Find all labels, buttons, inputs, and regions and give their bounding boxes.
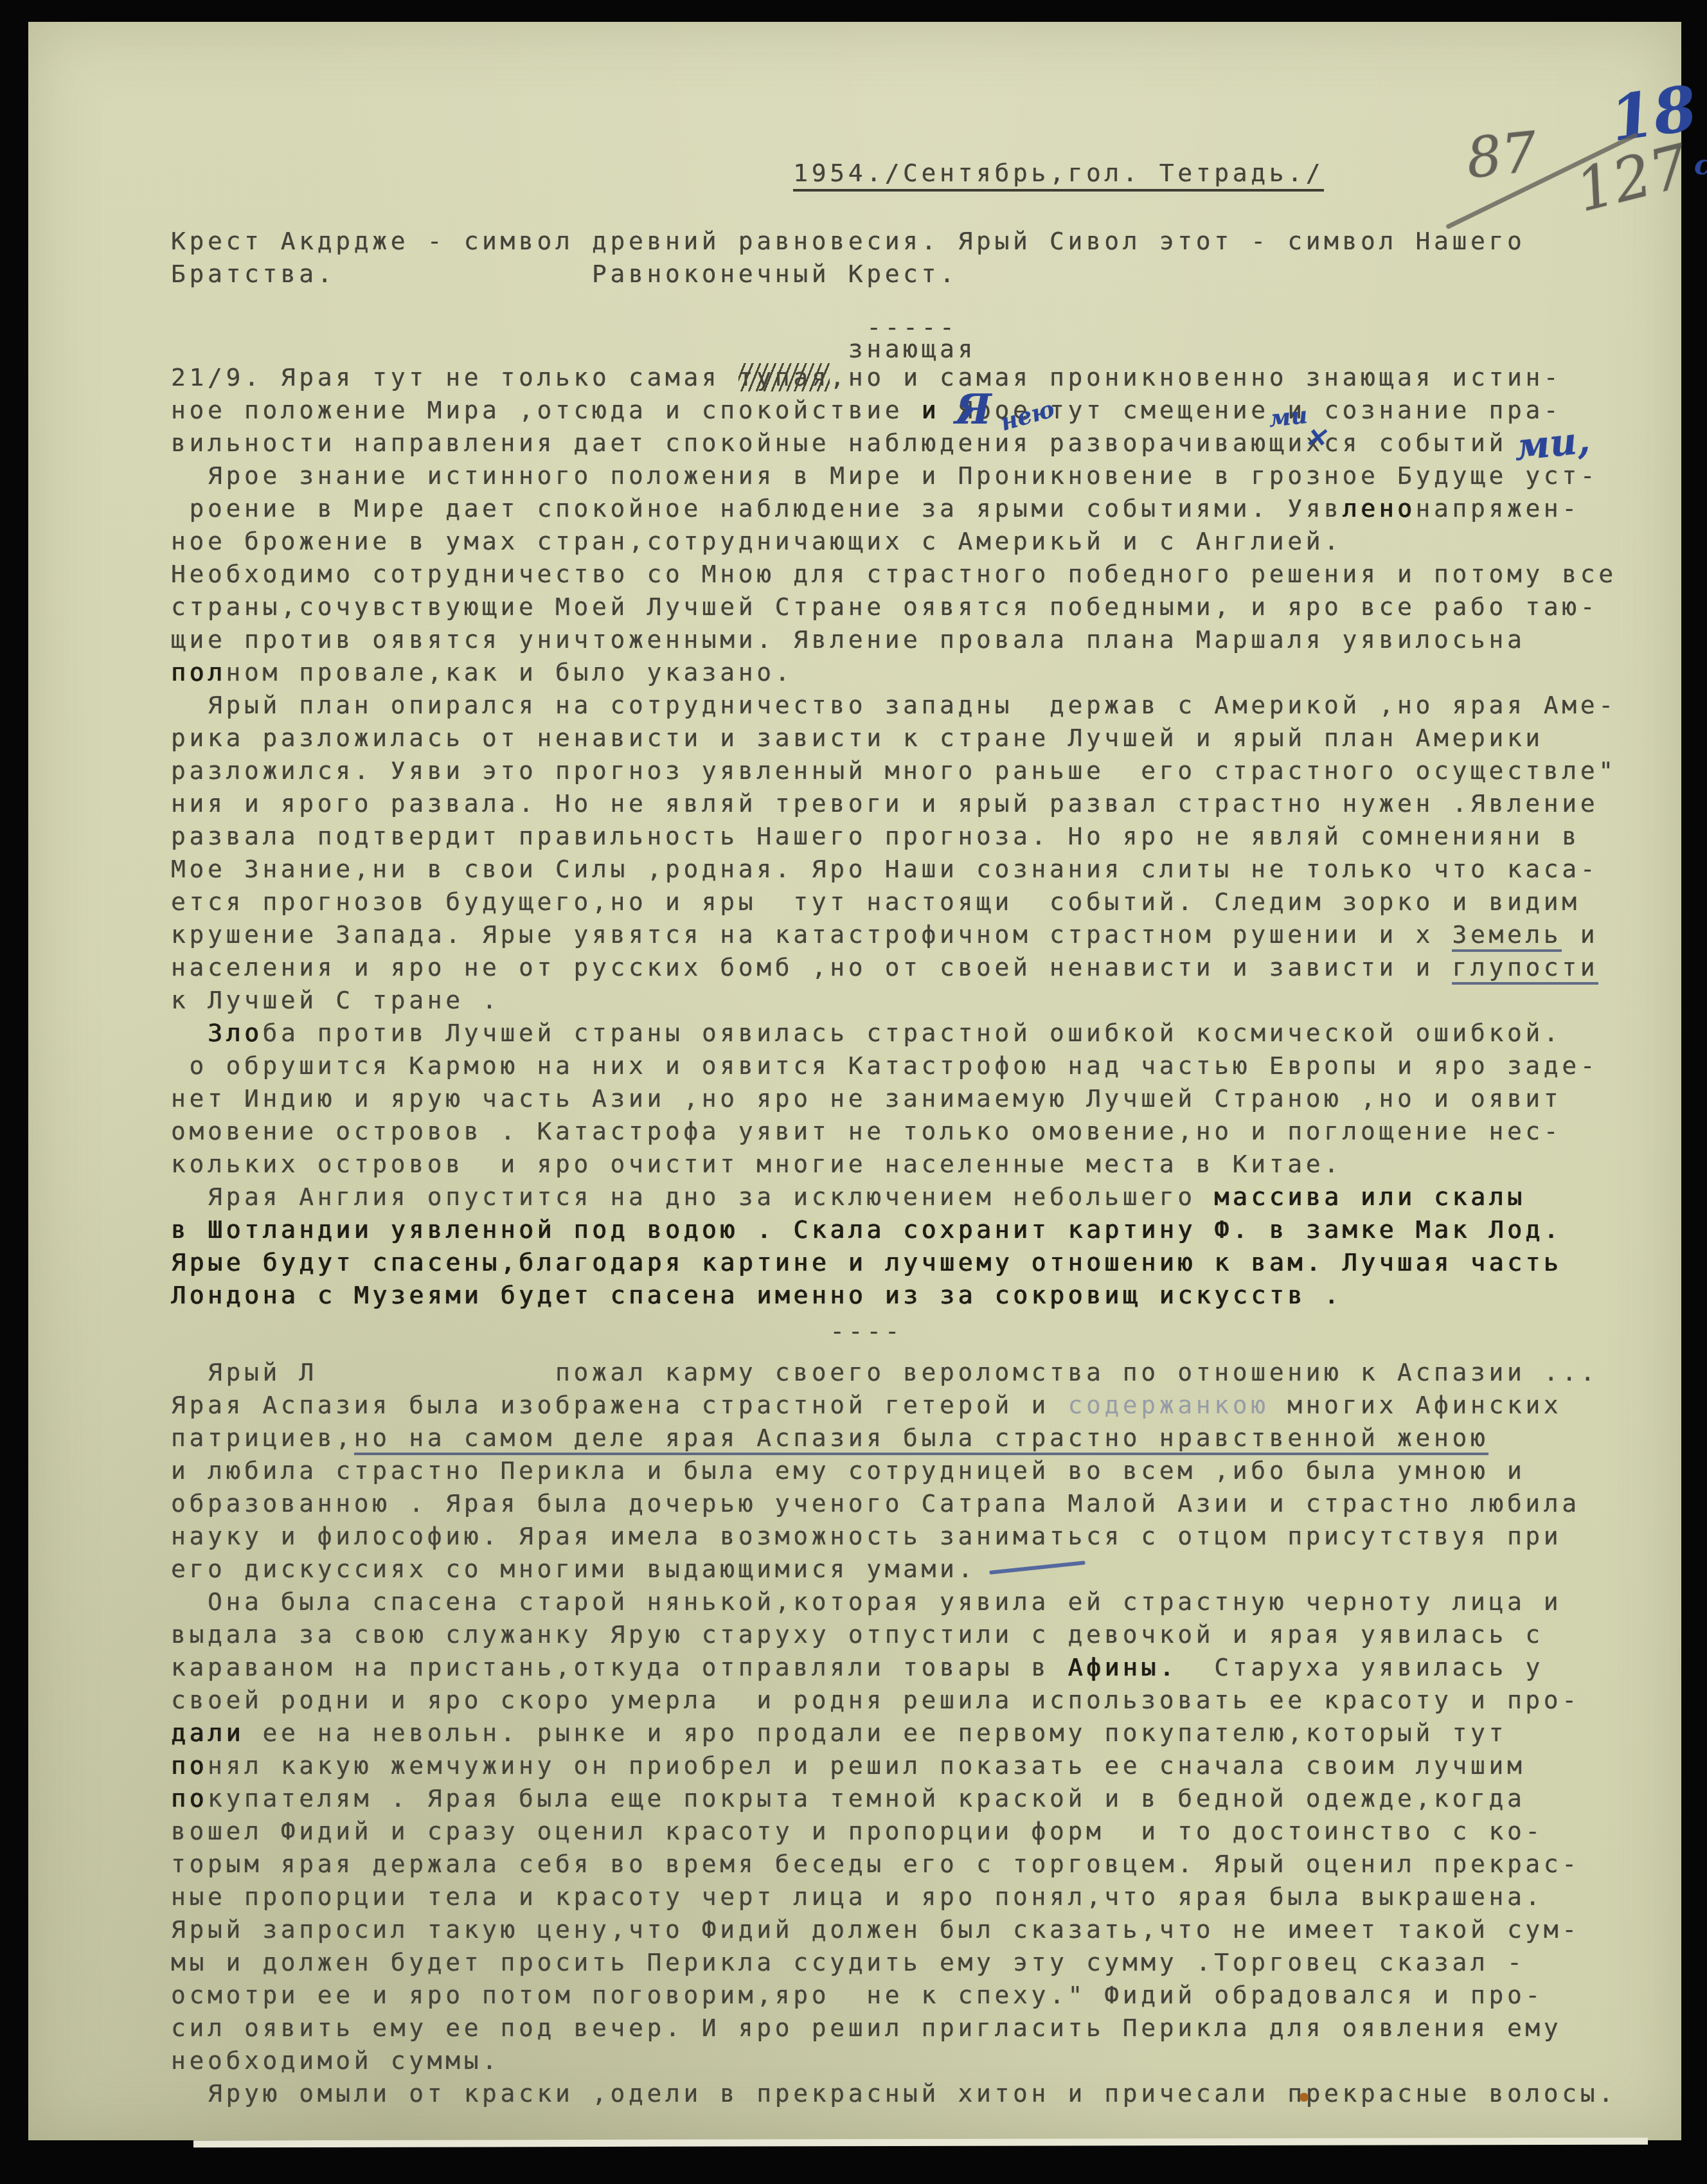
text-segment: щие против оявятся уничтоженными. Явлени… (171, 625, 1525, 654)
text-segment: сил оявить ему ее под вечер. И яро решил… (171, 2014, 1562, 2042)
text-segment: Старуха уявилась у (1177, 1653, 1544, 1681)
text-line: мы и должен будет просить Перикла ссудит… (171, 1946, 1617, 1979)
text-line: покупателям . Ярая была еще покрыта темн… (171, 1782, 1617, 1815)
text-segment: 21/9. Ярая тут не только самая (171, 363, 738, 391)
text-segment: выдала за свою служанку Ярую старуху отп… (171, 1620, 1544, 1649)
text-line: Необходимо сотрудничество со Мною для ст… (171, 558, 1617, 591)
text-line: ---- (171, 1315, 903, 1348)
text-line: сил оявить ему ее под вечер. И яро решил… (171, 2012, 1617, 2045)
text-line: Ярый Л пожал карму своего вероломства по… (171, 1356, 1617, 1389)
text-segment: лено (1343, 494, 1416, 523)
text-segment: разложился. Уяви это прогноз уявленный м… (171, 756, 1617, 785)
text-segment: Ярый запросил такую цену,что Фидий долже… (171, 1915, 1580, 1944)
text-segment: по (171, 1751, 208, 1780)
text-line: развала подтвердит правильность Нашего п… (171, 820, 1617, 853)
text-segment: ее на невольн. рынке и яро продали ее пе… (244, 1719, 1507, 1747)
text-line: Ярое знание истинного положения в Мире и… (171, 460, 1617, 492)
text-line: щие против оявятся уничтоженными. Явлени… (171, 623, 1617, 656)
aspasia-story: Ярый Л пожал карму своего вероломства по… (171, 1356, 1617, 2110)
text-line: разложился. Уяви это прогноз уявленный м… (171, 755, 1617, 787)
text-segment: пол (171, 658, 226, 686)
text-segment: и любила страстно Перикла и была ему сот… (171, 1456, 1525, 1485)
text-segment: ,но и самая проникновенно знающая истин- (830, 363, 1562, 391)
text-segment: 1954./Сентябрь,гол. Тетрадь./ (793, 159, 1324, 192)
text-segment: Она была спасена старой нянькой,которая … (171, 1588, 1562, 1616)
text-line: образованною . Ярая была дочерью ученого… (171, 1487, 1617, 1520)
text-line: страны,сочувствующие Моей Лучшей Стране … (171, 591, 1617, 623)
ink-x-strike: ✕ (1305, 423, 1327, 453)
text-segment: массива или скалы (1214, 1183, 1525, 1211)
text-segment: роение в Мире дает спокойное наблюдение … (171, 494, 1343, 523)
text-line: дали ее на невольн. рынке и яро продали … (171, 1717, 1617, 1750)
text-segment: Ярое знание истинного положения в Мире и… (171, 461, 1598, 490)
text-line: к Лучшей С тране . (171, 984, 1617, 1017)
text-segment: патрициев, (171, 1424, 354, 1452)
text-segment: крушение Запада. Ярые уявятся на катастр… (171, 920, 1452, 949)
text-line: и любила страстно Перикла и была ему сот… (171, 1455, 1617, 1487)
text-segment (171, 159, 793, 187)
text-segment: Ярая Англия опустится на дно за исключен… (171, 1183, 1214, 1211)
text-segment: но на самом деле ярая Аспазия была страс… (354, 1424, 1489, 1455)
text-line: омовение островов . Катастрофа уявит не … (171, 1115, 1617, 1148)
text-segment: страны,сочувствующие Моей Лучшей Стране … (171, 593, 1598, 621)
text-line: вошел Фидий и сразу оценил красоту и про… (171, 1815, 1617, 1848)
text-segment: Земель (1452, 920, 1562, 952)
text-segment: омовение островов . Катастрофа уявит не … (171, 1117, 1562, 1145)
text-segment: ния и ярого развала. Но не являй тревоги… (171, 789, 1598, 818)
text-line: 1954./Сентябрь,гол. Тетрадь./ (171, 157, 1324, 190)
ink-page-number-suffix: с (1694, 149, 1707, 181)
text-segment: Зло (208, 1019, 262, 1047)
scan-background: { "meta": { "kind": "typewritten-diary-p… (0, 0, 1707, 2184)
text-segment: по (171, 1784, 208, 1813)
ink-insert-mi: ми (1267, 402, 1309, 433)
typescript-text: 1954./Сентябрь,гол. Тетрадь./Крест Акдрд… (28, 22, 1681, 2140)
text-segment: рика разложилась от ненависти и зависти … (171, 724, 1544, 752)
text-segment: ные пропорции тела и красоту черт лица и… (171, 1883, 1544, 1911)
text-line: Мое Знание,ни в свои Силы ,родная. Яро Н… (171, 853, 1617, 886)
text-line: рика разложилась от ненависти и зависти … (171, 722, 1617, 755)
text-segment: Афины. (1068, 1653, 1177, 1681)
text-line: роение в Мире дает спокойное наблюдение … (171, 492, 1617, 525)
text-segment: необходимой суммы. (171, 2046, 501, 2075)
text-line: полном провале,как и было указано. (171, 656, 1617, 689)
text-segment: его дискуссиях со многими выдающимися ум… (171, 1555, 976, 1583)
text-segment: тупая (738, 363, 830, 391)
text-segment: Необходимо сотрудничество со Мною для ст… (171, 560, 1617, 588)
text-line: Ярые будут спасены,благодаря картине и л… (171, 1246, 1617, 1279)
text-segment: ется прогнозов будущего,но и яры тут нас… (171, 888, 1580, 916)
text-segment: ба против Лучшей страны оявилась страстн… (262, 1019, 1562, 1047)
text-line: Ярый план опирался на сотрудничество зап… (171, 689, 1617, 722)
text-segment: дали (171, 1719, 244, 1747)
text-segment: развала подтвердит правильность Нашего п… (171, 822, 1580, 850)
ink-correction-ya: Я (955, 386, 991, 434)
text-line: населения и яро не от русских бомб ,но о… (171, 951, 1617, 984)
text-segment: Ярую омыли от краски ,одели в прекрасный… (171, 2079, 1617, 2108)
text-line: его дискуссиях со многими выдающимися ум… (171, 1553, 1617, 1586)
text-line: ется прогнозов будущего,но и яры тут нас… (171, 886, 1617, 918)
epigraph: Крест Акдрдже - символ древний равновеси… (171, 225, 1525, 291)
text-segment: Ярый Л пожал карму своего вероломства по… (171, 1358, 1598, 1386)
text-segment: многих Афинских (1269, 1391, 1562, 1419)
text-line: ное положение Мира ,отсюда и спокойствие… (171, 394, 1617, 427)
text-segment: Лондона с Музеями будет спасена именно и… (171, 1281, 1343, 1309)
rust-speck (1300, 2093, 1309, 2102)
text-segment: караваном на пристань,откуда отправляли … (171, 1653, 1068, 1681)
text-line: науку и философию. Ярая имела возможност… (171, 1520, 1617, 1553)
text-segment: и (922, 396, 940, 424)
text-segment: содержанкою (1068, 1391, 1269, 1419)
text-segment: Ярая Аспазия была изображена страстной г… (171, 1391, 1068, 1419)
text-line: ное брожение в умах стран,сотрудничающих… (171, 525, 1617, 558)
text-segment: ---- (171, 1317, 903, 1345)
text-line: Ярая Англия опустится на дно за исключен… (171, 1181, 1617, 1213)
text-line: нет Индию и ярую часть Азии ,но яро не з… (171, 1082, 1617, 1115)
text-line: Ярую омыли от краски ,одели в прекрасный… (171, 2077, 1617, 2110)
text-line: патрициев,но на самом деле ярая Аспазия … (171, 1422, 1617, 1455)
text-segment: напряжен- (1416, 494, 1580, 523)
text-line: в Шотландии уявленной под водою . Скала … (171, 1213, 1617, 1246)
text-segment: о обрушится Кармою на них и оявится Ката… (171, 1052, 1598, 1080)
text-line: своей родни и яро скоро умерла и родня р… (171, 1684, 1617, 1717)
text-line: крушение Запада. Ярые уявятся на катастр… (171, 918, 1617, 951)
text-segment: образованною . Ярая была дочерью ученого… (171, 1489, 1580, 1517)
document-page: 1954./Сентябрь,гол. Тетрадь./Крест Акдрд… (28, 22, 1681, 2140)
text-line: выдала за свою служанку Ярую старуху отп… (171, 1618, 1617, 1651)
text-segment: населения и яро не от русских бомб ,но о… (171, 953, 1452, 981)
text-segment: знающая (171, 335, 976, 363)
text-segment: осмотри ее и яро потом поговорим,яро не … (171, 1981, 1544, 2009)
text-segment: Мое Знание,ни в свои Силы ,родная. Яро Н… (171, 855, 1598, 883)
text-line: торым ярая держала себя во время беседы … (171, 1848, 1617, 1881)
entry-21-9: 21/9. Ярая тут не только самая тупая,но … (171, 361, 1617, 1312)
text-line: осмотри ее и яро потом поговорим,яро не … (171, 1979, 1617, 2012)
text-segment: и (1562, 920, 1598, 949)
text-segment: нял какую жемчужину он приобрел и решил … (208, 1751, 1525, 1780)
text-line: Она была спасена старой нянькой,которая … (171, 1586, 1617, 1618)
text-segment: торым ярая держала себя во время беседы … (171, 1850, 1580, 1878)
text-segment: Ярые будут спасены,благодаря картине и л… (171, 1248, 1562, 1276)
text-segment: науку и философию. Ярая имела возможност… (171, 1522, 1562, 1550)
text-segment: Ярый план опирался на сотрудничество зап… (171, 691, 1617, 719)
text-line: Ярая Аспазия была изображена страстной г… (171, 1389, 1617, 1422)
text-segment: к Лучшей С тране . (171, 986, 501, 1014)
text-segment: вошел Фидий и сразу оценил красоту и про… (171, 1817, 1544, 1845)
text-segment: глупости (1452, 953, 1598, 985)
divider-2: ---- (171, 1315, 903, 1348)
text-line: Братства. Равноконечный Крест. (171, 258, 1525, 291)
text-segment: ное положение Мира ,отсюда и спокойствие (171, 396, 922, 424)
text-segment: в Шотландии уявленной под водою . Скала … (171, 1215, 1562, 1244)
text-line: ния и ярого развала. Но не являй тревоги… (171, 787, 1617, 820)
text-line: Лондона с Музеями будет спасена именно и… (171, 1279, 1617, 1312)
text-line: Ярый запросил такую цену,что Фидий долже… (171, 1913, 1617, 1946)
text-line: необходимой суммы. (171, 2045, 1617, 2077)
text-segment: кольких островов и яро очистит многие на… (171, 1150, 1343, 1178)
text-line: о обрушится Кармою на них и оявится Ката… (171, 1050, 1617, 1082)
text-line: кольких островов и яро очистит многие на… (171, 1148, 1617, 1181)
text-line: Злоба против Лучшей страны оявилась стра… (171, 1017, 1617, 1050)
text-segment: нет Индию и ярую часть Азии ,но яро не з… (171, 1084, 1562, 1113)
text-line: понял какую жемчужину он приобрел и реши… (171, 1750, 1617, 1782)
text-line: 21/9. Ярая тут не только самая тупая,но … (171, 361, 1617, 394)
text-segment: ное брожение в умах стран,сотрудничающих… (171, 527, 1343, 555)
date-heading: 1954./Сентябрь,гол. Тетрадь./ (171, 157, 1324, 190)
text-line: Крест Акдрдже - символ древний равновеси… (171, 225, 1525, 258)
text-segment: ном провале,как и было указано. (226, 658, 793, 686)
pencil-number-87: 87 (1463, 120, 1540, 192)
ink-insert-mi-comma: ми, (1512, 418, 1592, 469)
text-segment: Братства. Равноконечный Крест. (171, 260, 958, 288)
text-segment: своей родни и яро скоро умерла и родня р… (171, 1686, 1580, 1714)
text-line: ные пропорции тела и красоту черт лица и… (171, 1881, 1617, 1913)
text-segment (171, 1019, 208, 1047)
text-segment: мы и должен будет просить Перикла ссудит… (171, 1948, 1525, 1976)
text-segment: Крест Акдрдже - символ древний равновеси… (171, 227, 1525, 255)
text-line: вильности направления дает спокойные наб… (171, 427, 1617, 460)
text-line: караваном на пристань,откуда отправляли … (171, 1651, 1617, 1684)
text-segment: купателям . Ярая была еще покрыта темной… (208, 1784, 1525, 1813)
